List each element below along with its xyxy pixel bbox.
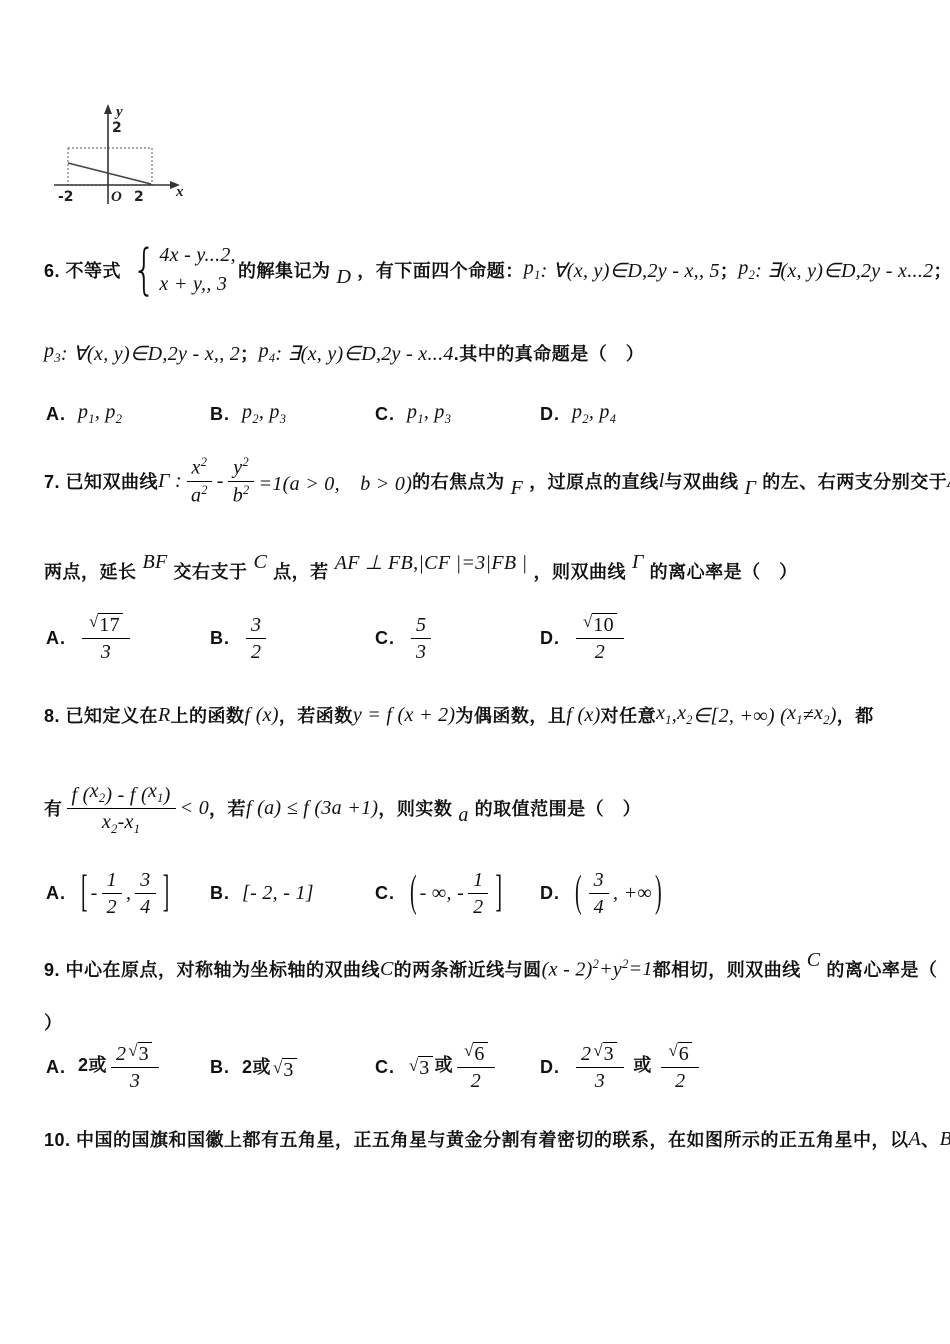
question7-option-d: D.√102: [540, 606, 628, 670]
question9-option-c: C.√3或√62: [375, 1028, 499, 1106]
question7-stem-line2: 两点，延长BF交右支于C点，若AF ⊥ FB,|CF |=3|FB |，则双曲线…: [44, 548, 798, 594]
option-label: C.: [375, 404, 395, 425]
option-label: A.: [46, 1057, 66, 1078]
question5-figure-graph: y 2 -2 O 2 x: [50, 100, 190, 215]
option-content: √102: [572, 613, 628, 663]
question6-option-a: A.p1, p2: [46, 392, 122, 436]
plotted-line: [68, 163, 151, 184]
x-tick-2: 2: [134, 189, 144, 205]
question6-option-c: C.p1, p3: [375, 392, 451, 436]
option-content: 32: [242, 614, 270, 663]
question8-option-c: C.(- ∞, - 12]: [375, 856, 505, 930]
option-label: B.: [210, 1057, 230, 1078]
option-content: (34, +∞): [572, 869, 665, 918]
question7-option-c: C.53: [375, 606, 435, 670]
option-content: 2或√3: [242, 1053, 299, 1082]
question6-stem-line1: 6. 不等式{4x - y...2,x + y,, 3 的解集记为D，有下面四个…: [44, 236, 950, 304]
option-content: √3或√62: [407, 1042, 499, 1092]
option-label: D.: [540, 404, 560, 425]
question6-option-d: D.p2, p4: [540, 392, 616, 436]
question7-options-row: A.√173 B.32 C.53 D.√102: [0, 606, 950, 670]
question9-stem-line1: 9. 中心在原点，对称轴为坐标轴的双曲线C的两条渐近线与圆(x - 2)2 + …: [44, 944, 937, 994]
question6-stem-line2: p3 : ∀(x, y)∈D,2y - x,, 2； p4 : ∃(x, y)∈…: [44, 330, 644, 376]
option-label: A.: [46, 404, 66, 425]
question8-option-a: A.[- 12,34]: [46, 856, 172, 930]
option-content: p1, p3: [407, 401, 451, 427]
option-label: D.: [540, 628, 560, 649]
y-tick-2: 2: [112, 120, 122, 136]
option-content: 53: [407, 614, 435, 663]
question9-option-b: B.2或√3: [210, 1028, 299, 1106]
option-label: D.: [540, 1057, 560, 1078]
option-content: 2√33 或 √62: [572, 1042, 703, 1092]
question6-option-b: B.p2, p3: [210, 392, 286, 436]
option-content: (- ∞, - 12]: [407, 869, 505, 918]
option-label: D.: [540, 883, 560, 904]
x-tick-neg2: -2: [58, 189, 74, 205]
question9-option-a: A.2或2√33: [46, 1028, 163, 1106]
question10-stem-line1: 10. 中国的国旗和国徽上都有五角星，正五角星与黄金分割有着密切的联系，在如图所…: [44, 1116, 950, 1162]
y-axis-arrow: [104, 104, 112, 114]
option-label: B.: [210, 404, 230, 425]
question7-option-a: A.√173: [46, 606, 134, 670]
option-content: p1, p2: [78, 401, 122, 427]
option-content: [- 12,34]: [78, 869, 172, 918]
option-content: p2, p4: [572, 401, 616, 427]
y-axis-label: y: [114, 104, 123, 120]
question9-option-d: D.2√33 或 √62: [540, 1028, 703, 1106]
option-label: C.: [375, 628, 395, 649]
option-label: A.: [46, 883, 66, 904]
exam-page: y 2 -2 O 2 x 6. 不等式{4x - y...2,x + y,, 3…: [0, 0, 950, 1344]
option-label: B.: [210, 883, 230, 904]
option-content: √173: [78, 613, 134, 663]
question8-stem-line2: 有f (x2) - f (x1)x2 - x1< 0，若f (a) ≤ f (3…: [44, 770, 641, 846]
option-label: C.: [375, 883, 395, 904]
option-label: A.: [46, 628, 66, 649]
option-label: B.: [210, 628, 230, 649]
option-label: C.: [375, 1057, 395, 1078]
question7-option-b: B.32: [210, 606, 270, 670]
question9-options-row: A.2或2√33 B.2或√3 C.√3或√62 D.2√33 或 √62: [0, 1028, 950, 1106]
question7-stem-line1: 7. 已知双曲线Γ : x2a2- y2b2=1(a > 0, b > 0)的右…: [44, 450, 950, 512]
question8-option-d: D.(34, +∞): [540, 856, 665, 930]
option-content: [- 2, - 1]: [242, 882, 314, 905]
origin-label: O: [111, 189, 122, 205]
option-content: 2或2√33: [78, 1042, 163, 1092]
x-axis-label: x: [175, 184, 184, 200]
question8-options-row: A.[- 12,34] B.[- 2, - 1] C.(- ∞, - 12] D…: [0, 856, 950, 930]
option-content: p2, p3: [242, 401, 286, 427]
question6-options-row: A.p1, p2 B.p2, p3 C.p1, p3 D.p2, p4: [0, 392, 950, 436]
question8-option-b: B.[- 2, - 1]: [210, 856, 314, 930]
question8-stem-line1: 8. 已知定义在R上的函数f (x)，若函数y = f (x + 2)为偶函数，…: [44, 692, 874, 738]
